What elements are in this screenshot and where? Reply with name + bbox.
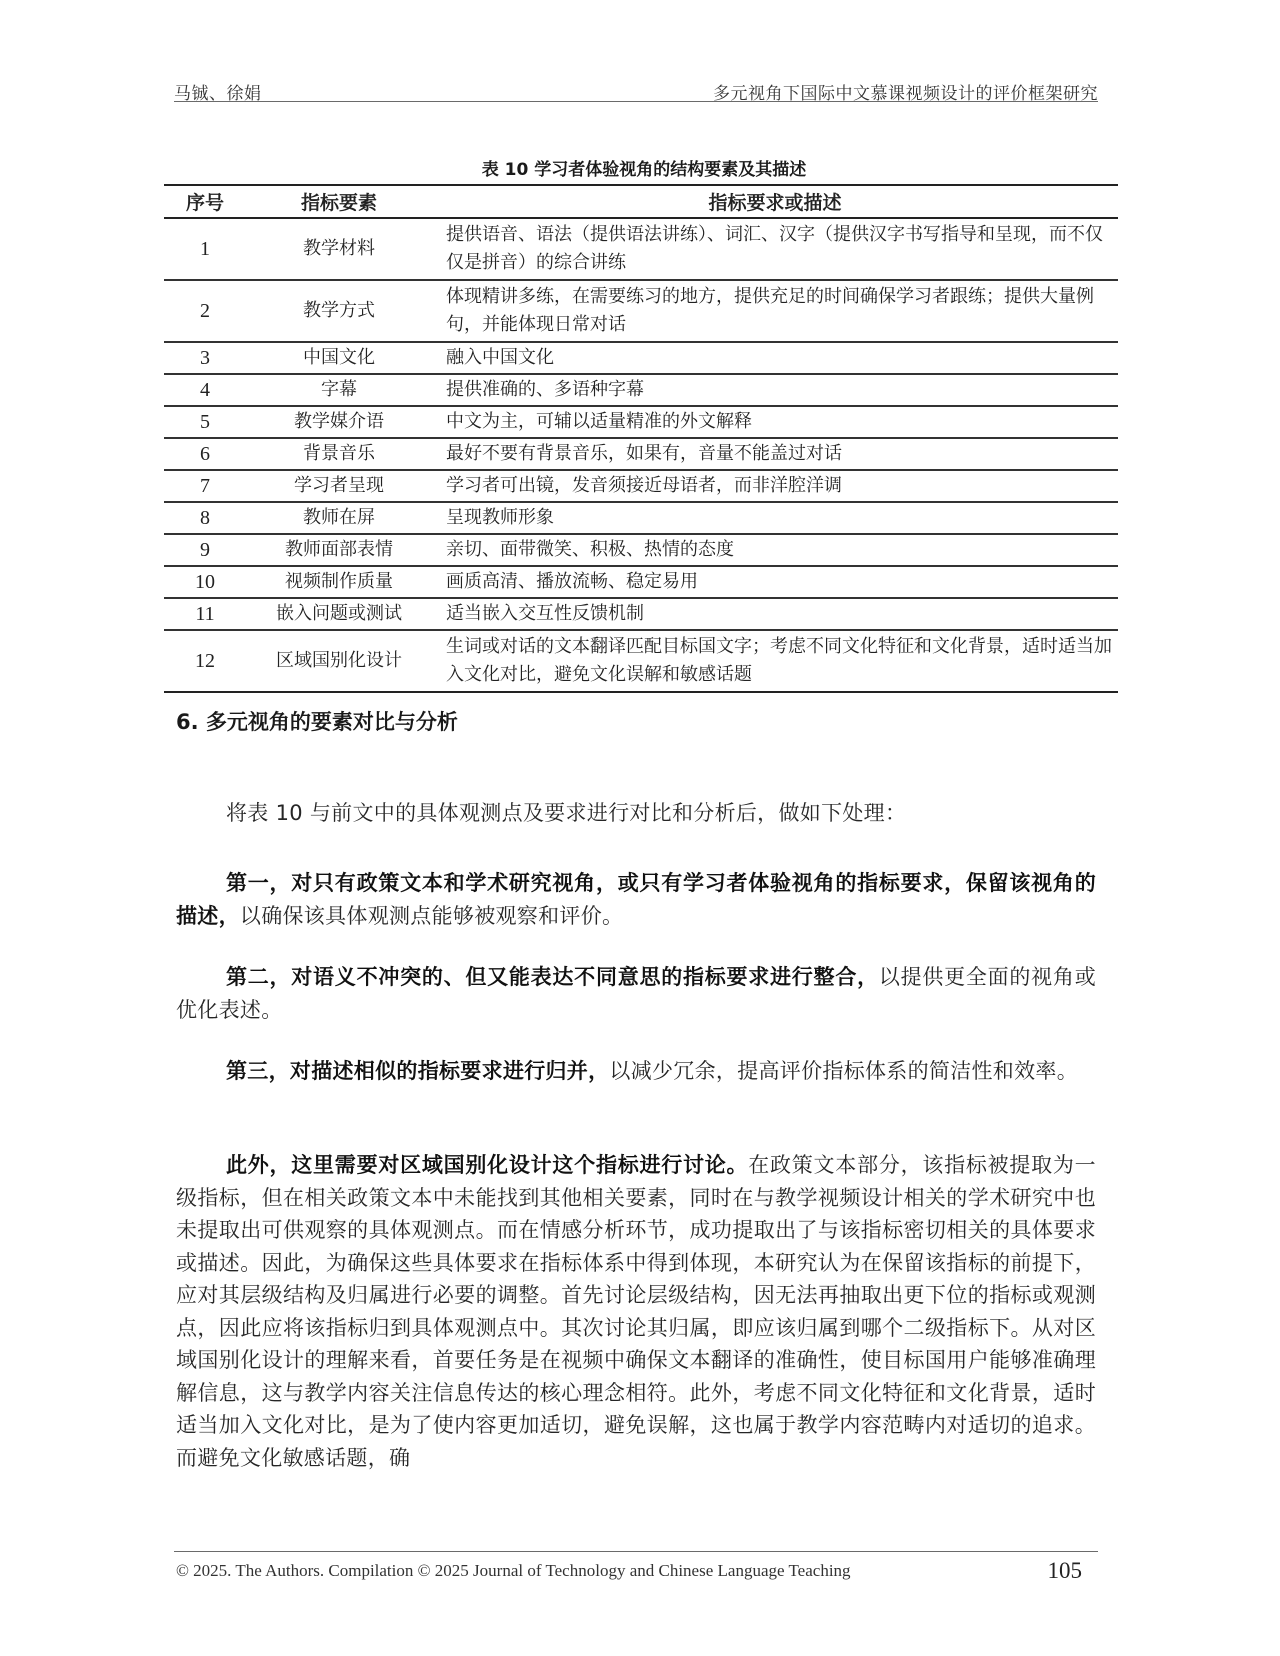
paragraph-text: 将表 10 与前文中的具体观测点及要求进行对比和分析后，做如下处理： xyxy=(226,801,906,825)
footer-divider xyxy=(174,1551,1098,1552)
page-number: 105 xyxy=(1048,1558,1083,1584)
cell-element: 中国文化 xyxy=(246,342,432,374)
body-paragraph: 此外，这里需要对区域国别化设计这个指标进行讨论。在政策文本部分，该指标被提取为一… xyxy=(176,1149,1096,1474)
cell-number: 10 xyxy=(164,566,246,598)
paragraph-lead-bold: 第二，对语义不冲突的、但又能表达不同意思的指标要求进行整合， xyxy=(226,965,879,989)
cell-element: 字幕 xyxy=(246,374,432,406)
cell-element: 教学材料 xyxy=(246,218,432,280)
cell-number: 1 xyxy=(164,218,246,280)
running-header: 马铖、徐娟 多元视角下国际中文慕课视频设计的评价框架研究 xyxy=(174,74,1098,104)
paragraph-lead-bold: 此外，这里需要对区域国别化设计这个指标进行讨论。 xyxy=(226,1153,748,1177)
paragraph-text: 以减少冗余，提高评价指标体系的简洁性和效率。 xyxy=(609,1059,1078,1083)
cell-description: 提供准确的、多语种字幕 xyxy=(432,374,1118,406)
paragraph-text: 在政策文本部分，该指标被提取为一级指标，但在相关政策文本中未能找到其他相关要素，… xyxy=(176,1153,1096,1470)
cell-element: 背景音乐 xyxy=(246,438,432,470)
cell-number: 2 xyxy=(164,280,246,342)
body-paragraph: 将表 10 与前文中的具体观测点及要求进行对比和分析后，做如下处理： xyxy=(176,797,1096,830)
cell-number: 11 xyxy=(164,598,246,630)
cell-description: 最好不要有背景音乐，如果有，音量不能盖过对话 xyxy=(432,438,1118,470)
cell-description: 生词或对话的文本翻译匹配目标国文字；考虑不同文化特征和文化背景，适时适当加入文化… xyxy=(432,630,1118,692)
paragraph-lead-bold: 第三，对描述相似的指标要求进行归并， xyxy=(226,1059,609,1083)
column-header-element: 指标要素 xyxy=(246,185,432,218)
cell-element: 教师面部表情 xyxy=(246,534,432,566)
table-row: 5 教学媒介语 中文为主，可辅以适量精准的外文解释 xyxy=(164,406,1118,438)
table-caption: 表 10 学习者体验视角的结构要素及其描述 xyxy=(164,155,1124,180)
cell-number: 12 xyxy=(164,630,246,692)
cell-number: 9 xyxy=(164,534,246,566)
structure-elements-table: 序号 指标要素 指标要求或描述 1 教学材料 提供语音、语法（提供语法讲练）、词… xyxy=(164,184,1118,693)
table-row: 6 背景音乐 最好不要有背景音乐，如果有，音量不能盖过对话 xyxy=(164,438,1118,470)
table-row: 3 中国文化 融入中国文化 xyxy=(164,342,1118,374)
table-row: 10 视频制作质量 画质高清、播放流畅、稳定易用 xyxy=(164,566,1118,598)
cell-element: 教师在屏 xyxy=(246,502,432,534)
cell-number: 8 xyxy=(164,502,246,534)
body-paragraph: 第三，对描述相似的指标要求进行归并，以减少冗余，提高评价指标体系的简洁性和效率。 xyxy=(176,1055,1096,1088)
cell-description: 提供语音、语法（提供语法讲练）、词汇、汉字（提供汉字书写指导和呈现，而不仅仅是拼… xyxy=(432,218,1118,280)
table-row: 11 嵌入问题或测试 适当嵌入交互性反馈机制 xyxy=(164,598,1118,630)
paragraph-text: 以确保该具体观测点能够被观察和评价。 xyxy=(240,904,623,928)
table-row: 8 教师在屏 呈现教师形象 xyxy=(164,502,1118,534)
table-row: 7 学习者呈现 学习者可出镜，发音须接近母语者，而非洋腔洋调 xyxy=(164,470,1118,502)
header-divider xyxy=(174,101,1098,102)
body-paragraph: 第二，对语义不冲突的、但又能表达不同意思的指标要求进行整合，以提供更全面的视角或… xyxy=(176,961,1096,1026)
cell-description: 中文为主，可辅以适量精准的外文解释 xyxy=(432,406,1118,438)
cell-number: 3 xyxy=(164,342,246,374)
cell-element: 区域国别化设计 xyxy=(246,630,432,692)
cell-element: 学习者呈现 xyxy=(246,470,432,502)
table-row: 1 教学材料 提供语音、语法（提供语法讲练）、词汇、汉字（提供汉字书写指导和呈现… xyxy=(164,218,1118,280)
section-heading: 6. 多元视角的要素对比与分析 xyxy=(176,706,458,736)
cell-description: 呈现教师形象 xyxy=(432,502,1118,534)
cell-description: 适当嵌入交互性反馈机制 xyxy=(432,598,1118,630)
cell-element: 视频制作质量 xyxy=(246,566,432,598)
cell-description: 画质高清、播放流畅、稳定易用 xyxy=(432,566,1118,598)
table-header-row: 序号 指标要素 指标要求或描述 xyxy=(164,185,1118,218)
body-paragraph: 第一，对只有政策文本和学术研究视角，或只有学习者体验视角的指标要求，保留该视角的… xyxy=(176,867,1096,932)
document-page: 马铖、徐娟 多元视角下国际中文慕课视频设计的评价框架研究 表 10 学习者体验视… xyxy=(0,0,1280,1656)
cell-description: 亲切、面带微笑、积极、热情的态度 xyxy=(432,534,1118,566)
cell-number: 7 xyxy=(164,470,246,502)
table-row: 12 区域国别化设计 生词或对话的文本翻译匹配目标国文字；考虑不同文化特征和文化… xyxy=(164,630,1118,692)
column-header-number: 序号 xyxy=(164,185,246,218)
table-row: 4 字幕 提供准确的、多语种字幕 xyxy=(164,374,1118,406)
column-header-description: 指标要求或描述 xyxy=(432,185,1118,218)
table-row: 2 教学方式 体现精讲多练，在需要练习的地方，提供充足的时间确保学习者跟练；提供… xyxy=(164,280,1118,342)
cell-number: 5 xyxy=(164,406,246,438)
cell-element: 教学方式 xyxy=(246,280,432,342)
table-row: 9 教师面部表情 亲切、面带微笑、积极、热情的态度 xyxy=(164,534,1118,566)
cell-number: 4 xyxy=(164,374,246,406)
cell-description: 体现精讲多练，在需要练习的地方，提供充足的时间确保学习者跟练；提供大量例句，并能… xyxy=(432,280,1118,342)
footer-copyright: © 2025. The Authors. Compilation © 2025 … xyxy=(176,1561,851,1581)
cell-description: 融入中国文化 xyxy=(432,342,1118,374)
cell-description: 学习者可出镜，发音须接近母语者，而非洋腔洋调 xyxy=(432,470,1118,502)
cell-number: 6 xyxy=(164,438,246,470)
page-footer: © 2025. The Authors. Compilation © 2025 … xyxy=(176,1558,1096,1584)
cell-element: 嵌入问题或测试 xyxy=(246,598,432,630)
cell-element: 教学媒介语 xyxy=(246,406,432,438)
